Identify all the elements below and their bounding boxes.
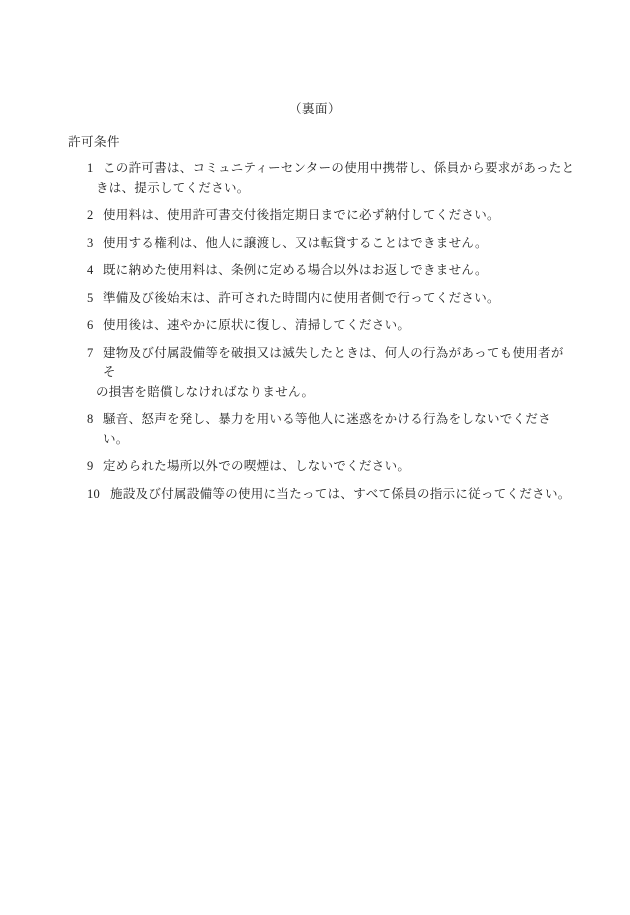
conditions-list: 1この許可書は、コミュニティーセンターの使用中携帯し、係員から要求があったときは… — [0, 159, 630, 512]
condition-number: 4 — [87, 261, 94, 281]
condition-number: 6 — [87, 316, 94, 336]
condition-item-5: 5準備及び後始末は、許可された時間内に使用者側で行ってください。 — [0, 289, 630, 309]
condition-item-1: 1この許可書は、コミュニティーセンターの使用中携帯し、係員から要求があったときは… — [0, 159, 630, 198]
page-side-label: （裏面） — [0, 101, 630, 117]
condition-text-line: 使用する権利は、他人に譲渡し、又は転貸することはできません。 — [0, 234, 630, 254]
condition-text-line: の損害を賠償しなければなりません。 — [0, 383, 630, 403]
condition-text-line: 使用後は、速やかに原状に復し、清掃してください。 — [0, 316, 630, 336]
condition-item-6: 6使用後は、速やかに原状に復し、清掃してください。 — [0, 316, 630, 336]
condition-text-line: 使用料は、使用許可書交付後指定期日までに必ず納付してください。 — [0, 206, 630, 226]
condition-item-4: 4既に納めた使用料は、条例に定める場合以外はお返しできません。 — [0, 261, 630, 281]
condition-item-3: 3使用する権利は、他人に譲渡し、又は転貸することはできません。 — [0, 234, 630, 254]
condition-item-9: 9定められた場所以外での喫煙は、しないでください。 — [0, 457, 630, 477]
condition-text-line: 既に納めた使用料は、条例に定める場合以外はお返しできません。 — [0, 261, 630, 281]
condition-item-10: 10施設及び付属設備等の使用に当たっては、すべて係員の指示に従ってください。 — [0, 485, 630, 505]
document-page: （裏面） 許可条件 1この許可書は、コミュニティーセンターの使用中携帯し、係員か… — [0, 0, 630, 915]
condition-item-8: 8騒音、怒声を発し、暴力を用いる等他人に迷惑をかける行為をしないでください。 — [0, 410, 630, 449]
condition-number: 7 — [87, 344, 94, 364]
condition-number: 10 — [87, 485, 100, 505]
condition-text-line: この許可書は、コミュニティーセンターの使用中携帯し、係員から要求があったと — [0, 159, 630, 179]
condition-number: 8 — [87, 410, 94, 430]
section-title: 許可条件 — [68, 134, 120, 150]
condition-item-2: 2使用料は、使用許可書交付後指定期日までに必ず納付してください。 — [0, 206, 630, 226]
condition-text-line: 定められた場所以外での喫煙は、しないでください。 — [0, 457, 630, 477]
condition-number: 1 — [87, 159, 94, 179]
condition-number: 5 — [87, 289, 94, 309]
condition-number: 3 — [87, 234, 94, 254]
condition-text-line: 騒音、怒声を発し、暴力を用いる等他人に迷惑をかける行為をしないでください。 — [0, 410, 630, 449]
condition-text-line: きは、提示してください。 — [0, 179, 630, 199]
condition-text-line: 準備及び後始末は、許可された時間内に使用者側で行ってください。 — [0, 289, 630, 309]
condition-number: 2 — [87, 206, 94, 226]
condition-text-line: 建物及び付属設備等を破損又は滅失したときは、何人の行為があっても使用者がそ — [0, 344, 630, 383]
condition-number: 9 — [87, 457, 94, 477]
condition-item-7: 7建物及び付属設備等を破損又は滅失したときは、何人の行為があっても使用者がその損… — [0, 344, 630, 403]
